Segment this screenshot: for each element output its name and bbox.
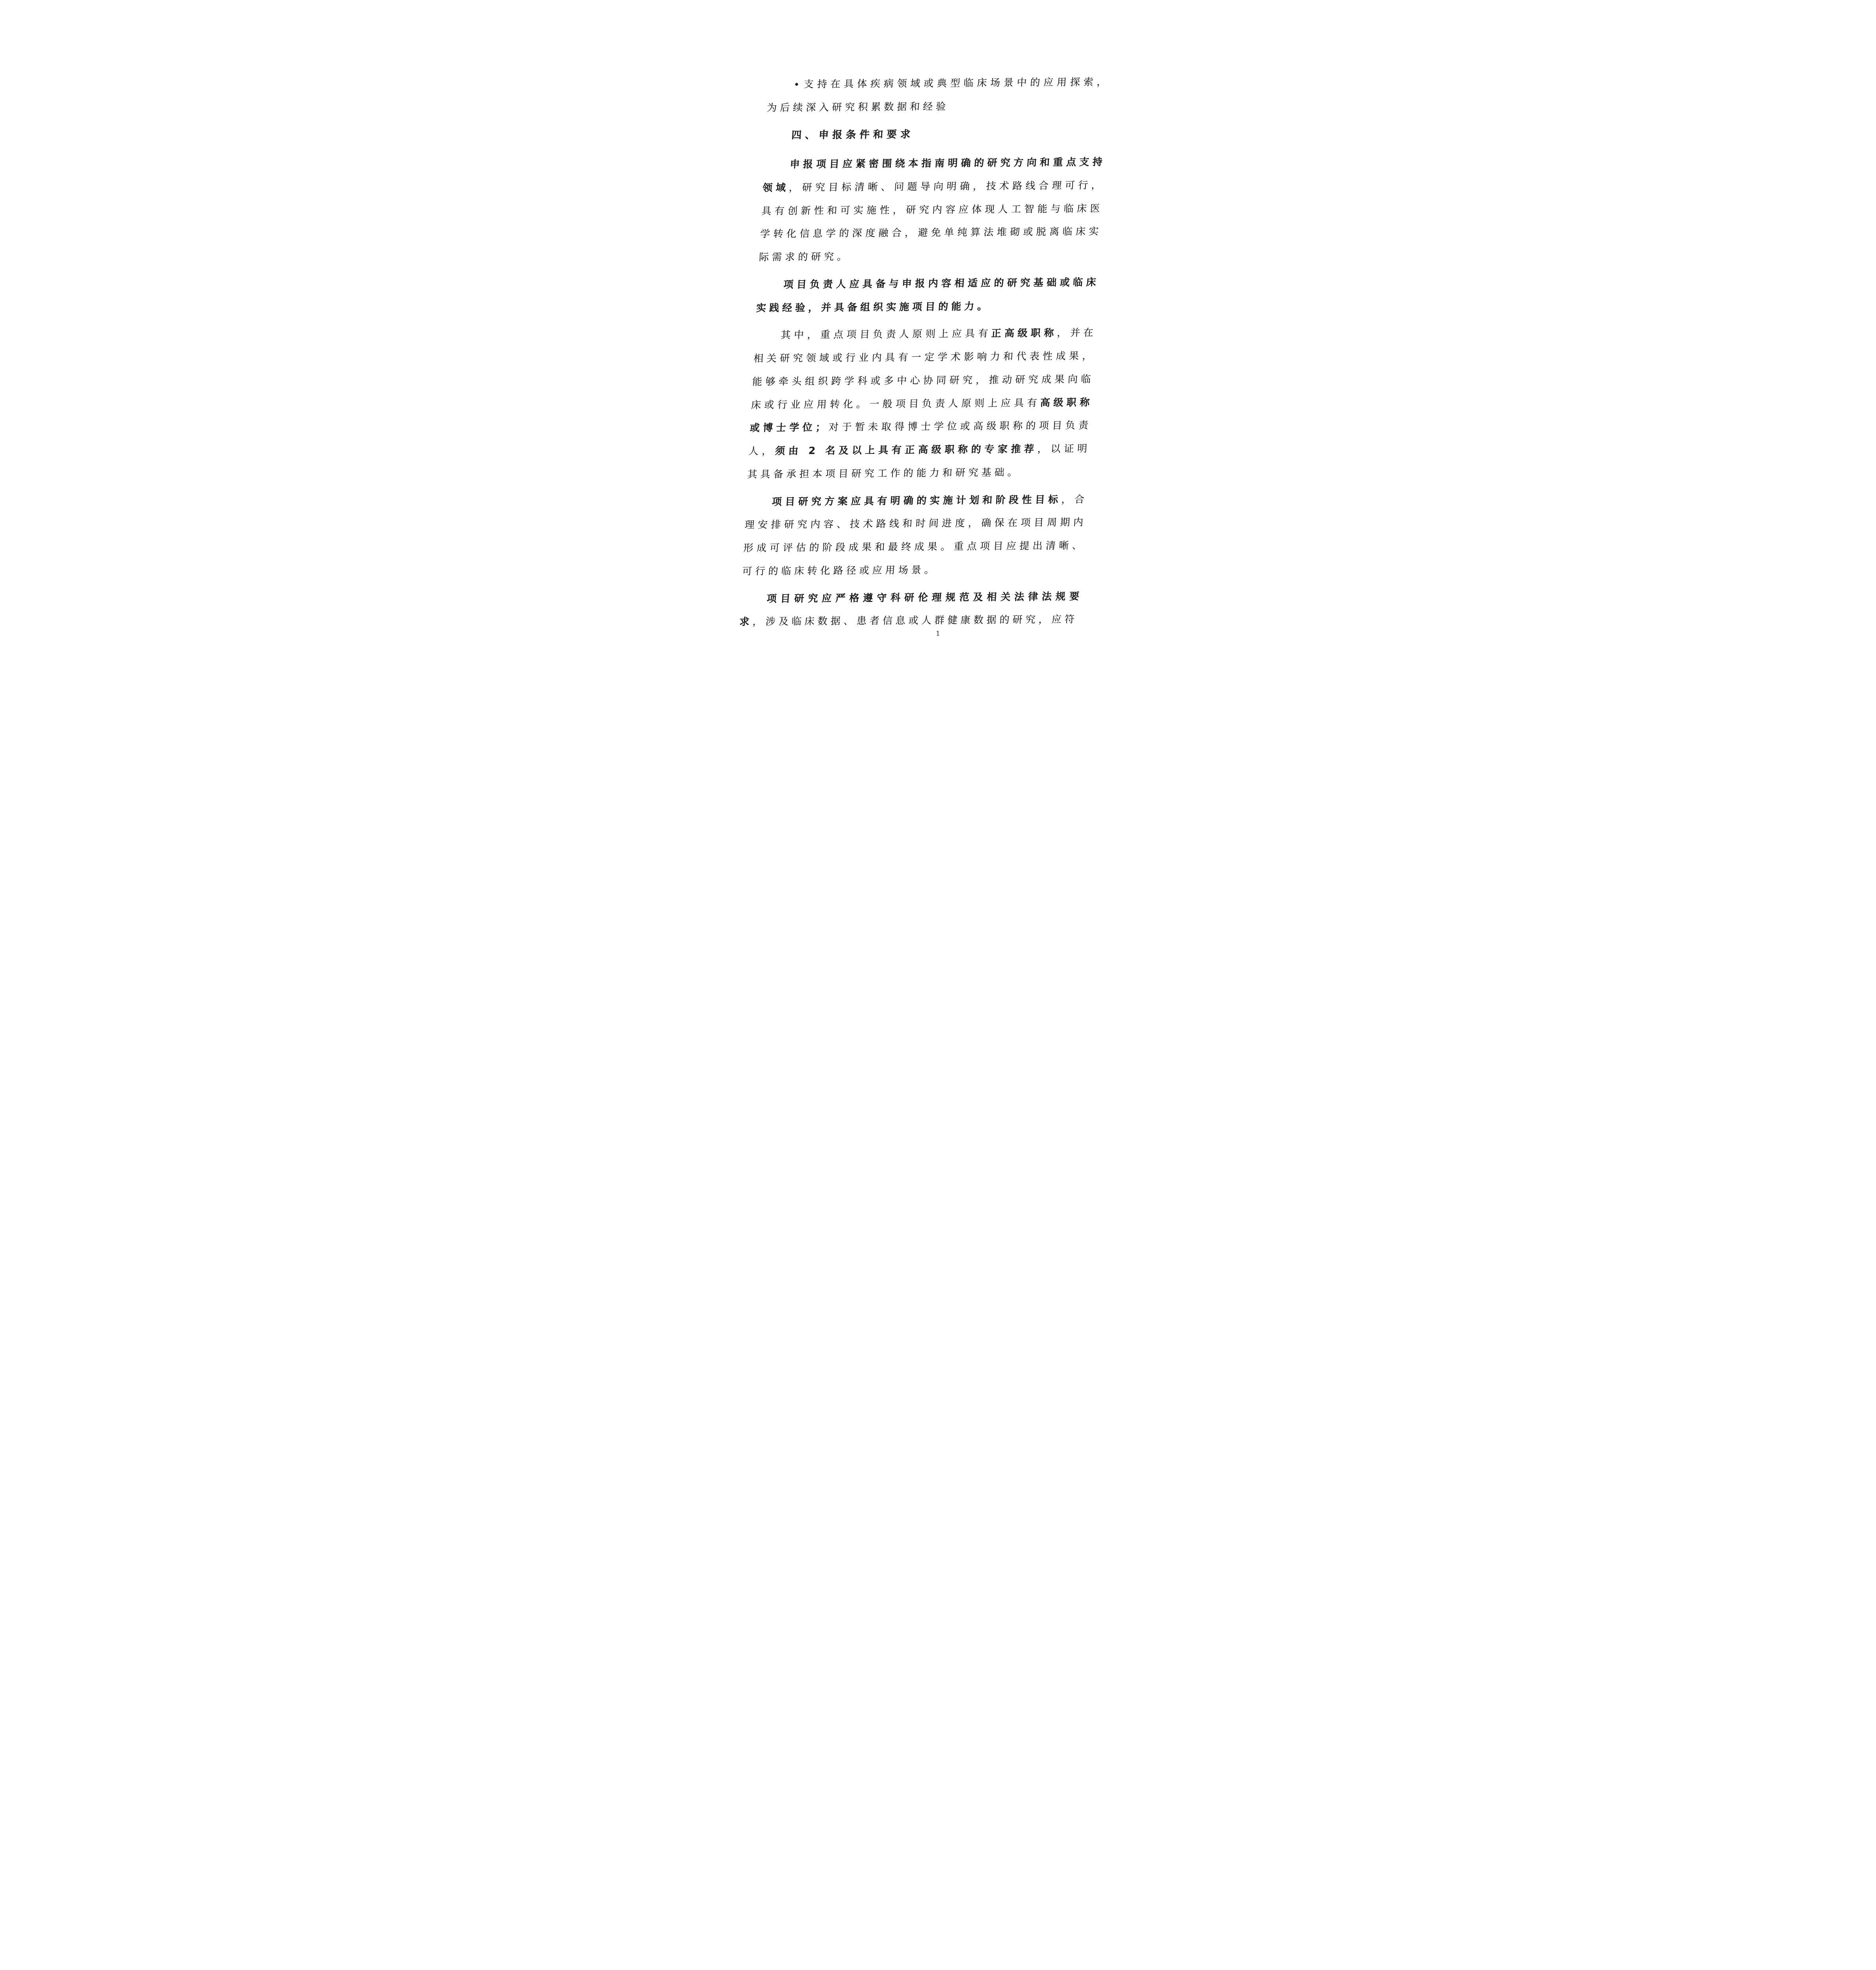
paragraph: 申报项目应紧密围绕本指南明确的研究方向和重点支持领域，研究目标清晰、问题导向明确… bbox=[758, 151, 1106, 269]
document-content: •支持在具体疾病领域或典型临床场景中的应用探索，为后续深入研究积累数据和经验四、… bbox=[738, 71, 1110, 638]
bullet-icon: • bbox=[794, 80, 802, 89]
paragraph: 项目负责人应具备与申报内容相适应的研究基础或临床实践经验，并具备组织实施项目的能… bbox=[755, 271, 1099, 320]
text-segment: ，研究目标清晰、问题导向明确，技术路线合理可行，具有创新性和可实施性，研究内容应… bbox=[759, 179, 1104, 263]
text-segment: 须由 2 名及以上具有正高级职称的专家推荐 bbox=[775, 443, 1037, 457]
text-segment: 正高级职称 bbox=[991, 327, 1057, 339]
text-segment: ，涉及临床数据、患者信息或人群健康数据的研究，应符 bbox=[752, 613, 1078, 627]
paragraph: 项目研究应严格遵守科研伦理规范及相关法律法规要求，涉及临床数据、患者信息或人群健… bbox=[739, 585, 1083, 634]
paragraph: 项目研究方案应具有明确的实施计划和阶段性目标，合理安排研究内容、技术路线和时间进… bbox=[742, 488, 1088, 583]
text-segment: 项目负责人应具备与申报内容相适应的研究基础或临床实践经验，并具备组织实施项目的能… bbox=[756, 276, 1099, 314]
text-segment: 项目研究方案应具有明确的实施计划和阶段性目标 bbox=[772, 494, 1062, 507]
document-blocks: •支持在具体疾病领域或典型临床场景中的应用探索，为后续深入研究积累数据和经验四、… bbox=[739, 71, 1110, 634]
paragraph: •支持在具体疾病领域或典型临床场景中的应用探索，为后续深入研究积累数据和经验 bbox=[766, 71, 1110, 119]
section-heading: 四、申报条件和要求 bbox=[765, 121, 1108, 147]
text-segment: 四、申报条件和要求 bbox=[791, 128, 914, 141]
page-number: 1 bbox=[704, 630, 1173, 638]
paragraph: 其中，重点项目负责人原则上应具有正高级职称，并在相关研究领域或行业内具有一定学术… bbox=[747, 322, 1097, 486]
document-page: •支持在具体疾病领域或典型临床场景中的应用探索，为后续深入研究积累数据和经验四、… bbox=[704, 0, 1173, 663]
text-segment: 支持在具体疾病领域或典型临床场景中的应用探索，为后续深入研究积累数据和经验 bbox=[766, 76, 1110, 113]
text-segment: 其中，重点项目负责人原则上应具有 bbox=[780, 328, 991, 341]
